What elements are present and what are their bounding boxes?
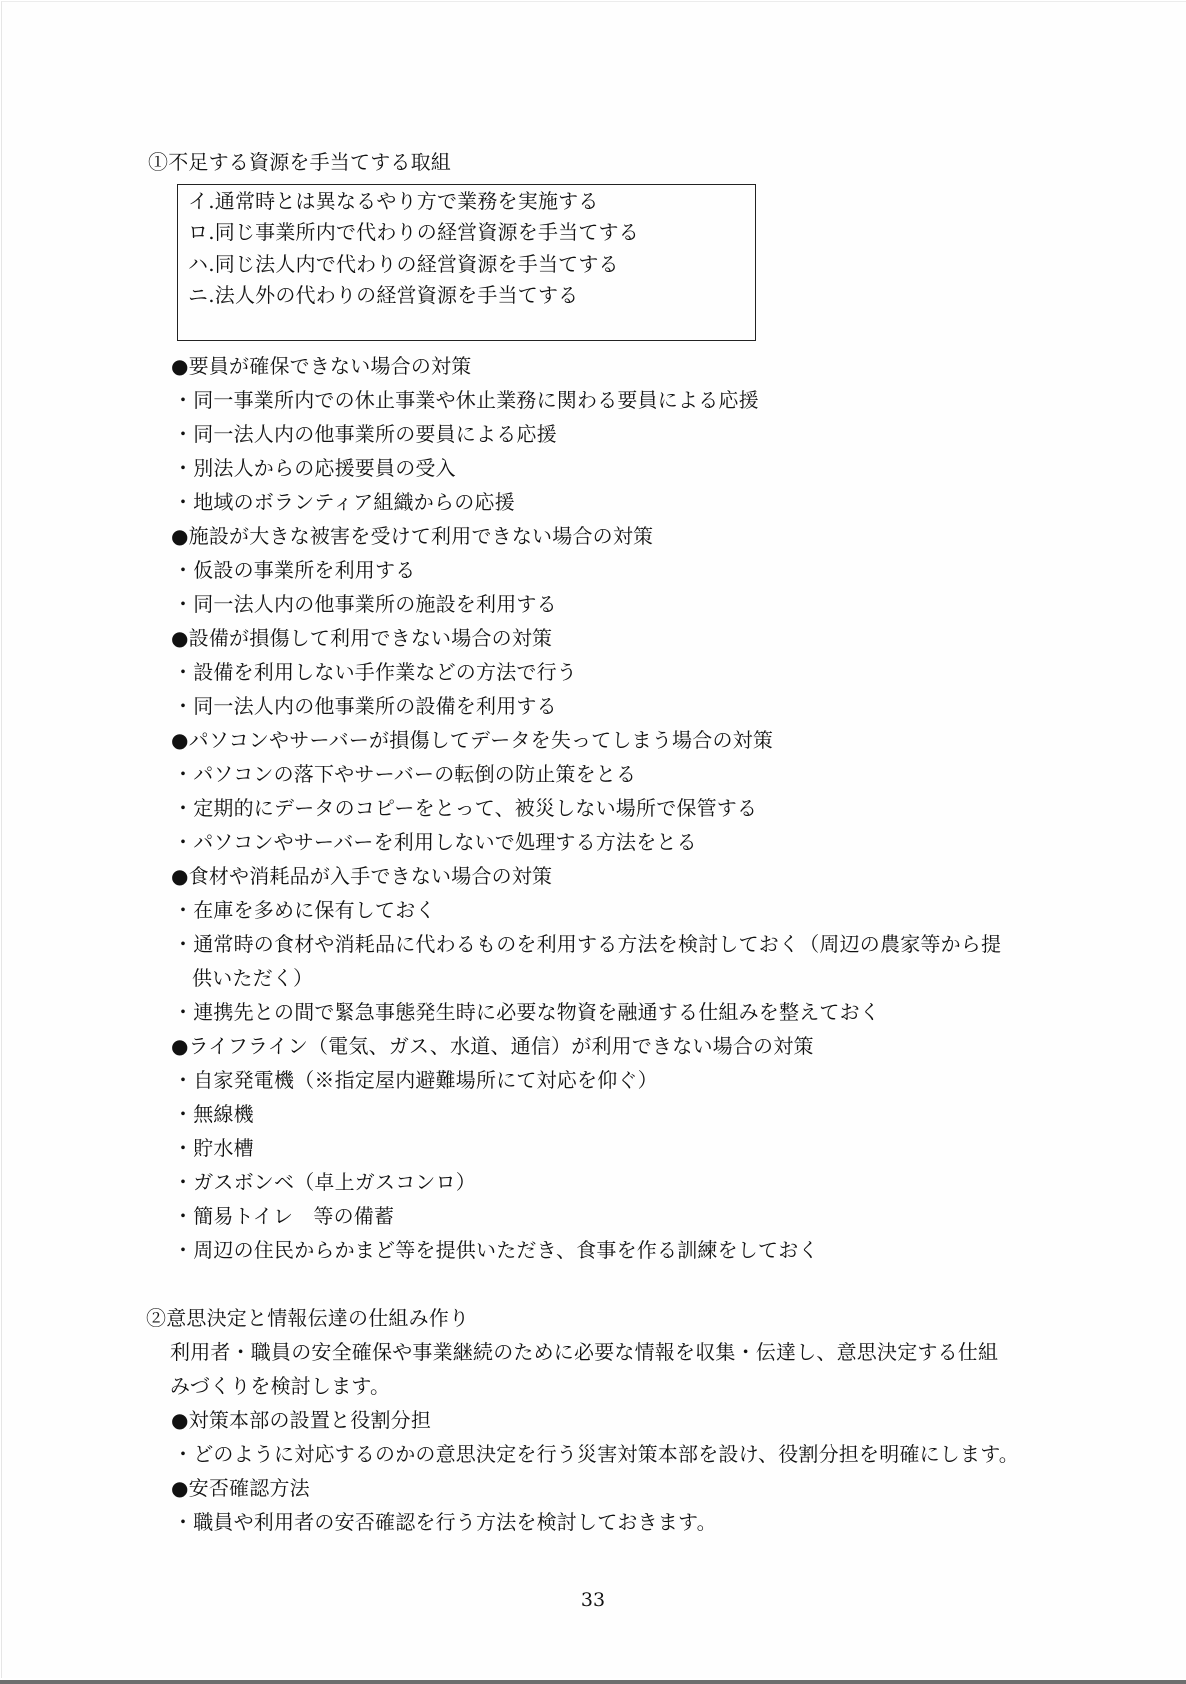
- list-item: ・簡易トイレ 等の備蓄: [173, 1204, 394, 1228]
- list-item: ・定期的にデータのコピーをとって、被災しない場所で保管する: [173, 796, 757, 820]
- list-item: ・地域のボランティア組織からの応援: [173, 490, 515, 514]
- section-2-heading: ②意思決定と情報伝達の仕組み作り: [146, 1306, 469, 1330]
- list-item: ・パソコンの落下やサーバーの転倒の防止策をとる: [173, 762, 636, 786]
- page-bottom-edge: [0, 1680, 1186, 1684]
- group-title-lifeline: ●ライフライン（電気、ガス、水道、通信）が利用できない場合の対策: [171, 1034, 814, 1058]
- list-item: ・通常時の食材や消耗品に代わるものを利用する方法を検討しておく（周辺の農家等から…: [173, 932, 1001, 956]
- list-item: ・自家発電機（※指定屋内避難場所にて対応を仰ぐ）: [173, 1068, 658, 1092]
- group-title-facility: ●施設が大きな被害を受けて利用できない場合の対策: [171, 524, 653, 548]
- list-item: ・貯水槽: [173, 1136, 254, 1160]
- section-1-heading: ①不足する資源を手当てする取組: [148, 150, 451, 174]
- section-2-intro-line: みづくりを検討します。: [170, 1374, 390, 1398]
- list-item: ・ガスボンベ（卓上ガスコンロ）: [173, 1170, 476, 1194]
- list-item: ・連携先との間で緊急事態発生時に必要な物資を融通する仕組みを整えておく: [173, 1000, 880, 1024]
- list-item: ・設備を利用しない手作業などの方法で行う: [173, 660, 577, 684]
- list-item: ・別法人からの応援要員の受入: [173, 456, 456, 480]
- box-item-i: イ.通常時とは異なるやり方で業務を実施する: [188, 189, 599, 213]
- group-title-data: ●パソコンやサーバーが損傷してデータを失ってしまう場合の対策: [171, 728, 773, 752]
- list-item: ・同一法人内の他事業所の設備を利用する: [173, 694, 557, 718]
- list-item: ・同一法人内の他事業所の施設を利用する: [173, 592, 557, 616]
- group-title-headquarters: ●対策本部の設置と役割分担: [171, 1408, 431, 1432]
- list-item: ・在庫を多めに保有しておく: [173, 898, 436, 922]
- list-item: ・同一事業所内での休止事業や休止業務に関わる要員による応援: [173, 388, 759, 412]
- box-item-ha: ハ.同じ法人内で代わりの経営資源を手当てする: [188, 252, 619, 276]
- group-title-safety-check: ●安否確認方法: [171, 1476, 310, 1500]
- list-item-continuation: 供いただく）: [192, 966, 313, 990]
- box-item-ro: ロ.同じ事業所内で代わりの経営資源を手当てする: [188, 220, 639, 244]
- list-item: ・パソコンやサーバーを利用しないで処理する方法をとる: [173, 830, 697, 854]
- list-item: ・周辺の住民からかまど等を提供いただき、食事を作る訓練をしておく: [173, 1238, 819, 1262]
- page-number: 33: [0, 1588, 1186, 1612]
- list-item: ・無線機: [173, 1102, 254, 1126]
- list-item: ・同一法人内の他事業所の要員による応援: [173, 422, 557, 446]
- list-item: ・どのように対応するのかの意思決定を行う災害対策本部を設け、役割分担を明確にしま…: [173, 1442, 1019, 1466]
- list-item: ・職員や利用者の安否確認を行う方法を検討しておきます。: [173, 1510, 717, 1534]
- group-title-personnel: ●要員が確保できない場合の対策: [171, 354, 471, 378]
- list-item: ・仮設の事業所を利用する: [173, 558, 415, 582]
- box-item-ni: ニ.法人外の代わりの経営資源を手当てする: [188, 283, 578, 307]
- group-title-equipment: ●設備が損傷して利用できない場合の対策: [171, 626, 552, 650]
- section-2-intro-line: 利用者・職員の安全確保や事業継続のために必要な情報を収集・伝達し、意思決定する仕…: [170, 1340, 998, 1364]
- group-title-supplies: ●食材や消耗品が入手できない場合の対策: [171, 864, 552, 888]
